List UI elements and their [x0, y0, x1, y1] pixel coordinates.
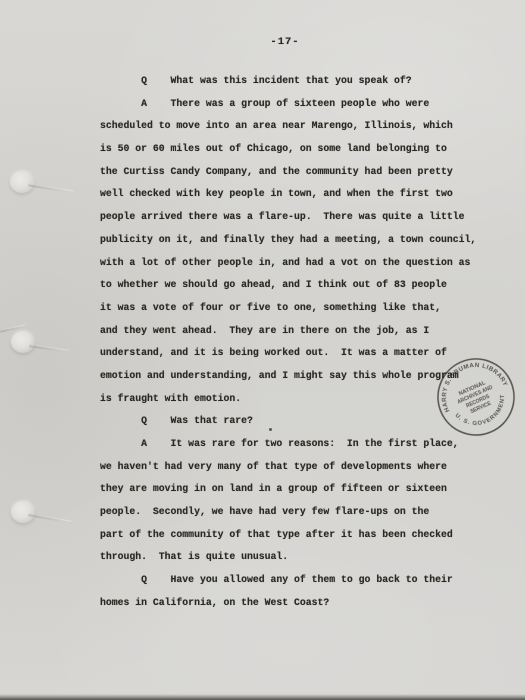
text-line: we haven't had very many of that type of…	[100, 456, 500, 479]
text-line: to whether we should go ahead, and I thi…	[100, 274, 500, 297]
text-line: with a lot of other people in, and had a…	[100, 252, 500, 275]
punch-hole-emboss	[11, 501, 35, 523]
paper-crease	[28, 513, 72, 524]
ink-speck	[269, 428, 272, 431]
paper-crease	[29, 344, 69, 353]
text-line: is 50 or 60 miles out of Chicago, on som…	[100, 138, 500, 161]
text-line: well checked with key people in town, an…	[100, 183, 500, 206]
text-line: A It was rare for two reasons: In the fi…	[100, 433, 500, 456]
text-line: people arrived there was a flare-up. The…	[100, 206, 500, 229]
scanned-document-page: -17- Q What was this incident that you s…	[0, 0, 525, 700]
page-number: -17-	[240, 36, 330, 48]
text-line: publicity on it, and finally they had a …	[100, 229, 500, 252]
text-line: through. That is quite unusual.	[100, 546, 500, 569]
text-line: and they went ahead. They are in there o…	[100, 320, 500, 343]
punch-hole-emboss	[11, 331, 35, 353]
text-line: part of the community of that type after…	[100, 524, 500, 547]
scan-edge	[0, 694, 525, 700]
transcript-text: Q What was this incident that you speak …	[100, 70, 500, 615]
text-line: they are moving in on land in a group of…	[100, 478, 500, 501]
text-line: homes in California, on the West Coast?	[100, 592, 500, 615]
text-line: it was a vote of four or five to one, so…	[100, 297, 500, 320]
text-line: the Curtiss Candy Company, and the commu…	[100, 161, 500, 184]
text-line: A There was a group of sixteen people wh…	[100, 93, 500, 116]
text-line: Q Have you allowed any of them to go bac…	[100, 569, 500, 592]
text-line: understand, and it is being worked out. …	[100, 342, 500, 365]
punch-hole-emboss	[10, 171, 34, 193]
paper-crease	[28, 183, 74, 193]
text-line: Q What was this incident that you speak …	[100, 70, 500, 93]
text-line: scheduled to move into an area near Mare…	[100, 115, 500, 138]
text-line: people. Secondly, we have had very few f…	[100, 501, 500, 524]
